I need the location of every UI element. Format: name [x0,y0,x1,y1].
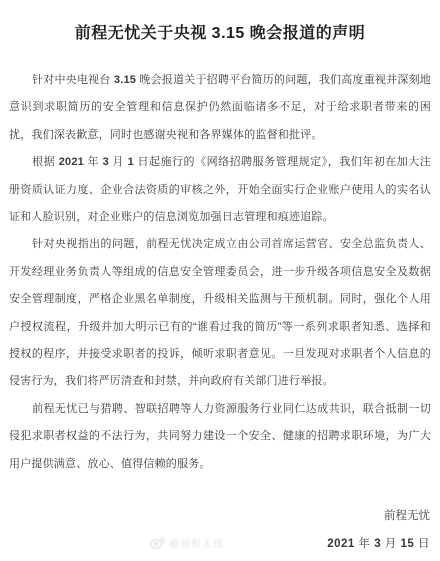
page-title: 前程无忧关于央视 3.15 晚会报道的声明 [14,24,426,44]
paragraph-2: 根据 2021 年 3 月 1 日起施行的《网络招聘服务管理规定》，我们年初在加… [0,149,440,231]
signature-block: 前程无忧 2021 年 3 月 15 日 [327,503,430,558]
weibo-icon [150,536,165,549]
statement-body: 针对中央电视台 3.15 晚会报道关于招聘平台简历的问题，我们高度重视并深刻地意… [0,67,440,478]
paragraph-3: 针对央视指出的问题，前程无忧决定成立由公司首席运营官、安全总监负责人、开发经理业… [0,231,440,395]
signature: 前程无忧 [327,503,430,531]
statement-document: 前程无忧关于央视 3.15 晚会报道的声明 针对中央电视台 3.15 晚会报道关… [0,0,440,561]
statement-date: 2021 年 3 月 15 日 [327,531,430,559]
weibo-watermark: @前程无忧 [150,535,224,550]
paragraph-1: 针对中央电视台 3.15 晚会报道关于招聘平台简历的问题，我们高度重视并深刻地意… [0,67,440,149]
weibo-watermark-text: @前程无忧 [169,535,224,550]
paragraph-4: 前程无忧已与猎聘、智联招聘等人力资源服务行业同仁达成共识，联合抵制一切侵犯求职者… [0,396,440,478]
